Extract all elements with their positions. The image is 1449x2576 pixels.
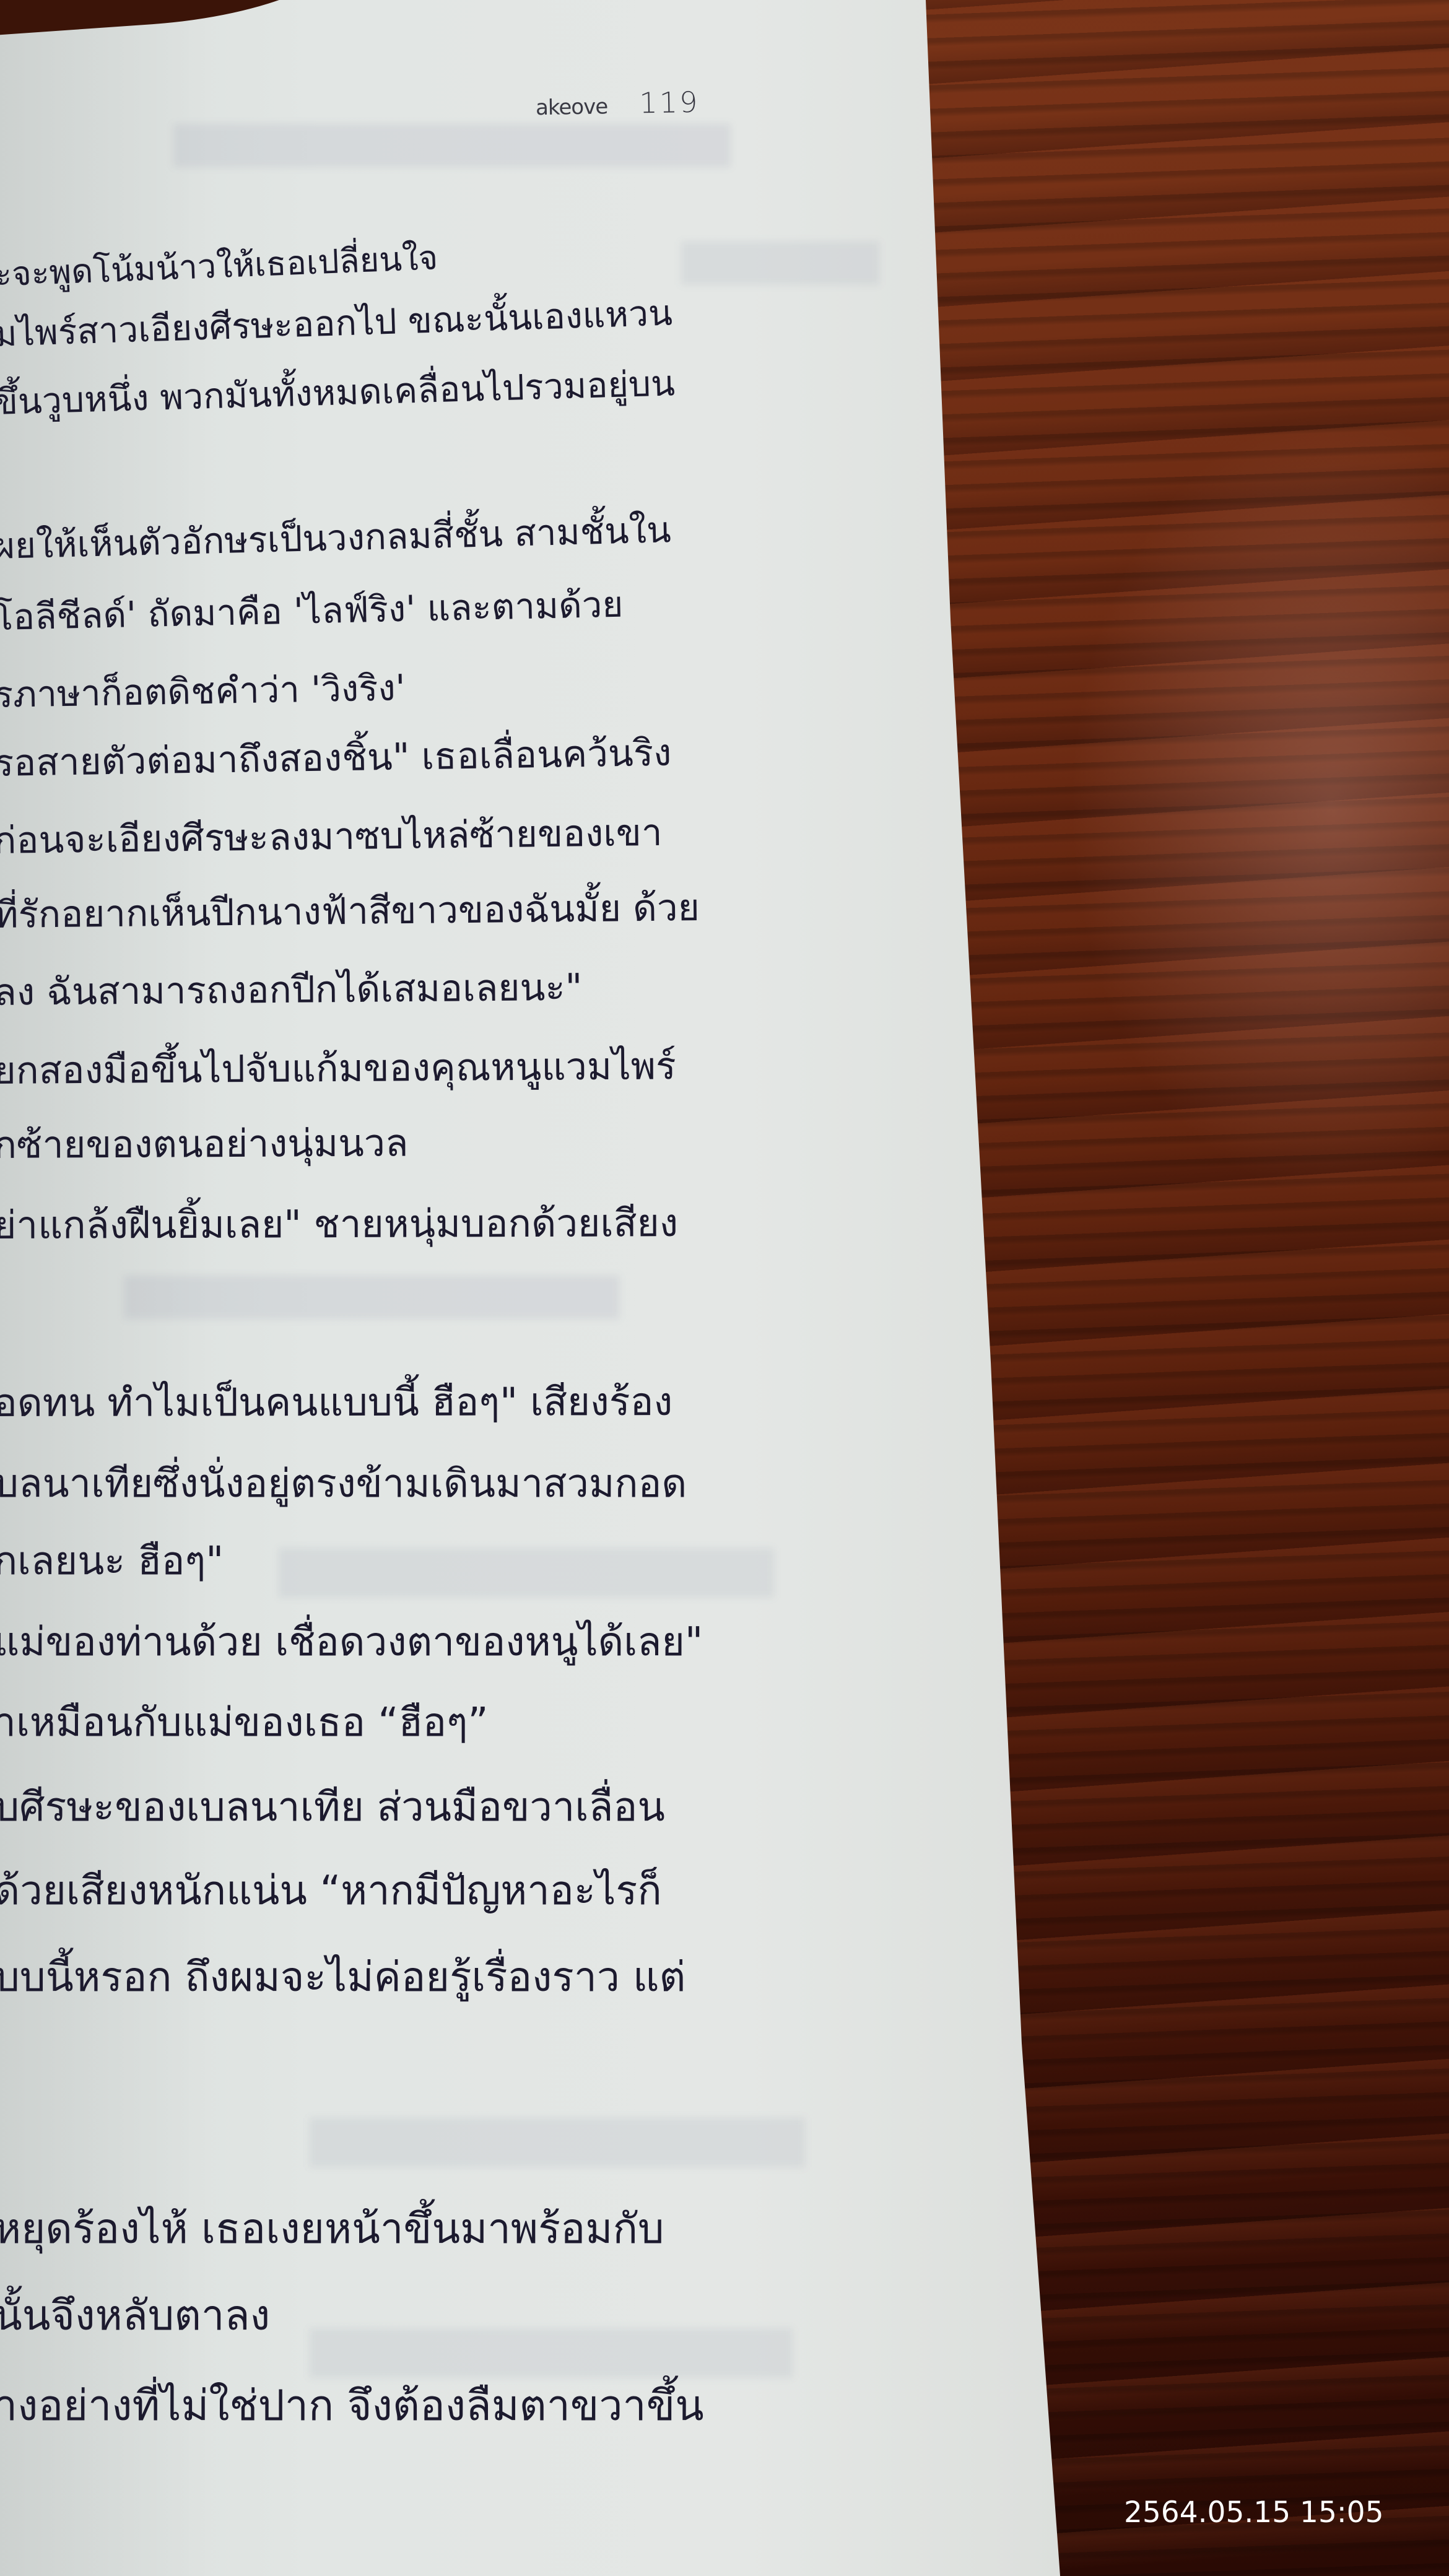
text-line: อดทน ทำไมเป็นคนแบบนี้ ฮือๆ" เสียงร้อง xyxy=(0,1370,672,1434)
bleed-through-block xyxy=(310,2328,793,2378)
running-head-title: akeove xyxy=(536,94,608,120)
camera-timestamp: 2564.05.15 15:05 xyxy=(1124,2495,1384,2530)
text-line: บบนี้หรอก ถึงผมจะไม่ค่อยรู้เรื่องราว แต่ xyxy=(0,1944,685,2009)
text-line: ลง ฉันสามารถงอกปีกได้เสมอเลยนะ" xyxy=(0,958,583,1022)
text-line: าเหมือนกับแม่ของเธอ “ฮือๆ” xyxy=(0,1690,489,1754)
text-line: หยุดร้องไห้ เธอเงยหน้าขึ้นมาพร้อมกับ xyxy=(0,2195,664,2261)
text-line: รภาษาก็อตดิชคำว่า 'วิงริง' xyxy=(0,658,406,723)
text-line: นั้นจึงหลับตาลง xyxy=(0,2282,270,2348)
text-line: ด้วยเสียงหนักแน่น “หากมีปัญหาอะไรก็ xyxy=(0,1858,662,1922)
text-line: กซ้ายของตนอย่างนุ่มนวล xyxy=(0,1112,409,1175)
bleed-through-block xyxy=(173,124,731,167)
running-head: akeove 119 xyxy=(536,85,700,122)
bleed-through-block xyxy=(310,2118,805,2167)
bleed-through-block xyxy=(124,1276,619,1319)
page-number: 119 xyxy=(639,85,700,120)
text-line: ย่าแกล้งฝืนยิ้มเลย" ชายหนุ่มบอกด้วยเสียง xyxy=(0,1193,678,1256)
text-line: างอย่างที่ไม่ใช่ปาก จึงต้องลืมตาขวาขึ้น xyxy=(0,2372,704,2439)
text-line: รอสายตัวต่อมาถึงสองชิ้น" เธอเลื่อนคว้นริ… xyxy=(0,723,672,793)
text-line: บศีรษะของเบลนาเทีย ส่วนมือขวาเลื่อน xyxy=(0,1774,665,1838)
bleed-through-block xyxy=(681,241,879,285)
text-line: บลนาเทียซึ่งนั่งอยู่ตรงข้ามเดินมาสวมกอด xyxy=(0,1452,687,1514)
text-line: กเลยนะ ฮือๆ" xyxy=(0,1529,224,1591)
text-line: ก่อนจะเอียงศีรษะลงมาซบไหล่ซ้ายของเขา xyxy=(0,803,663,870)
text-line: ยกสองมือขึ้นไปจับแก้มของคุณหนูแวมไพร์ xyxy=(0,1035,676,1100)
bleed-through-block xyxy=(279,1548,774,1598)
text-line: แม่ของท่านด้วย เชื่อดวงตาของหนูได้เลย" xyxy=(0,1610,703,1673)
text-line: ที่รักอยากเห็นปีกนางฟ้าสีขาวของฉันมั้ย ด… xyxy=(0,878,700,944)
